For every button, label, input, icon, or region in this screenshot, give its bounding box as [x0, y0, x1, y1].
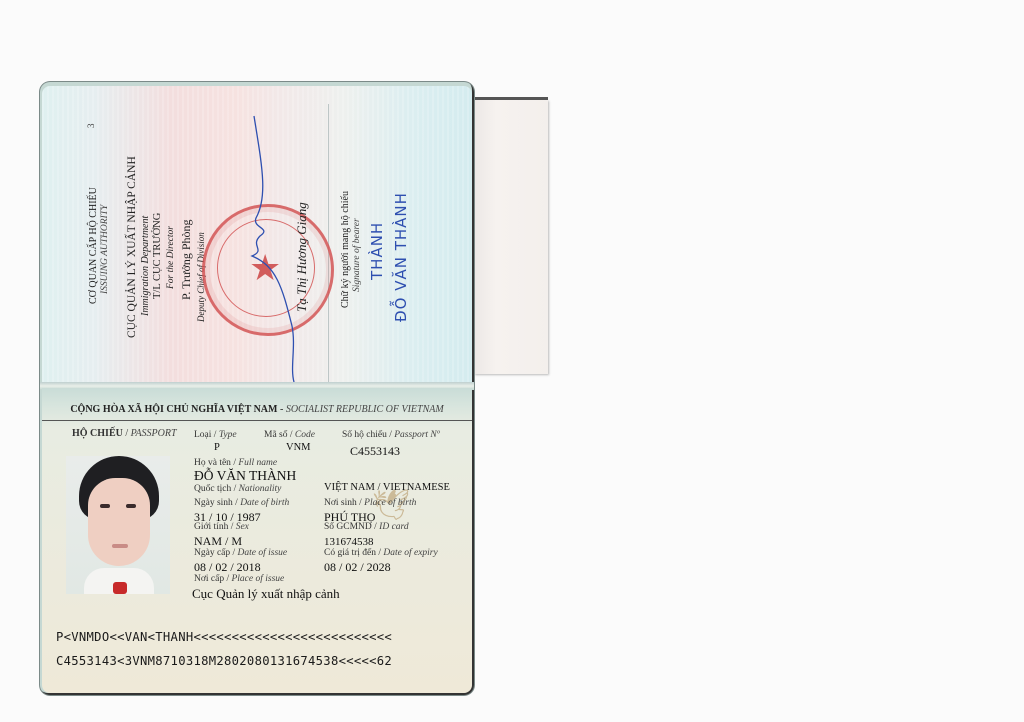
mrz-line-1: P<VNMDO<<VAN<THANH<<<<<<<<<<<<<<<<<<<<<<… — [56, 630, 392, 644]
bearer-photo — [66, 456, 170, 594]
code-value: VNM — [286, 442, 311, 453]
doc-label: HỘ CHIẾU / PASSPORT — [72, 428, 177, 439]
country-header-en: SOCIALIST REPUBLIC OF VIETNAM — [286, 404, 444, 415]
department-en: Immigration Department — [140, 216, 151, 316]
idcard-label: Số GCMND / ID card — [324, 522, 409, 532]
pob-label: Nơi sinh / Place of birth — [324, 498, 416, 508]
observations-page: 3 CƠ QUAN CẤP HỘ CHIẾU ISSUING AUTHORITY… — [42, 86, 472, 386]
official-name: Tạ Thị Hương Giang — [294, 202, 310, 312]
expiry-date-label: Có giá trị đến / Date of expiry — [324, 548, 438, 558]
country-header-vn: CỘNG HÒA XÃ HỘI CHỦ NGHĨA VIỆT NAM — [70, 404, 277, 415]
fullname-label: Họ và tên / Full name — [194, 458, 277, 468]
deputy-vn: P. Trưởng Phòng — [179, 219, 194, 300]
nationality-value: VIỆT NAM / VIETNAMESE — [324, 482, 450, 493]
department-vn: CỤC QUẢN LÝ XUẤT NHẬP CẢNH — [126, 156, 138, 338]
for-director-en: For the Director — [166, 226, 176, 289]
place-of-issue-label: Nơi cấp / Place of issue — [194, 574, 284, 584]
passport-no-label: Số hộ chiếu / Passport Nº — [342, 430, 440, 440]
passport-booklet: 3 CƠ QUAN CẤP HỘ CHIẾU ISSUING AUTHORITY… — [40, 82, 474, 695]
page-number: 3 — [86, 124, 96, 129]
type-value: P — [214, 442, 220, 453]
code-label: Mã số / Code — [264, 430, 315, 440]
passport-back-flap — [474, 100, 548, 374]
type-label: Loại / Type — [194, 430, 237, 440]
issuing-authority-vn: CƠ QUAN CẤP HỘ CHIẾU — [88, 187, 99, 304]
bearer-signature-label-en: Signature of bearer — [352, 218, 362, 292]
place-of-issue-value: Cục Quản lý xuất nhập cảnh — [192, 586, 340, 602]
nationality-label: Quốc tịch / Nationality — [194, 484, 281, 494]
expiry-date-value: 08 / 02 / 2028 — [324, 560, 391, 575]
sex-value: NAM / M — [194, 534, 242, 549]
for-director-vn: T/L CỤC TRƯỞNG — [152, 213, 163, 299]
issue-date-label: Ngày cấp / Date of issue — [194, 548, 287, 558]
sex-label: Giới tính / Sex — [194, 522, 249, 532]
fullname-value: ĐỖ VĂN THÀNH — [194, 468, 296, 484]
dob-label: Ngày sinh / Date of birth — [194, 498, 289, 508]
bearer-signature-line2: ĐỖ VĂN THÀNH — [392, 192, 410, 322]
data-page: CỘNG HÒA XÃ HỘI CHỦ NGHĨA VIỆT NAM - SOC… — [42, 388, 472, 693]
country-header: CỘNG HÒA XÃ HỘI CHỦ NGHĨA VIỆT NAM - SOC… — [42, 400, 472, 421]
passport-no-value: C4553143 — [350, 444, 400, 459]
official-signature — [222, 106, 302, 386]
issue-date-value: 08 / 02 / 2018 — [194, 560, 261, 575]
bearer-signature-label-vn: Chữ ký người mang hộ chiếu — [340, 191, 351, 308]
mrz-line-2: C4553143<3VNM8710318M2802080131674538<<<… — [56, 654, 392, 668]
bearer-signature-line1: THÀNH — [368, 222, 386, 280]
idcard-value: 131674538 — [324, 536, 374, 548]
issuing-authority-en: ISSUING AUTHORITY — [100, 205, 110, 294]
